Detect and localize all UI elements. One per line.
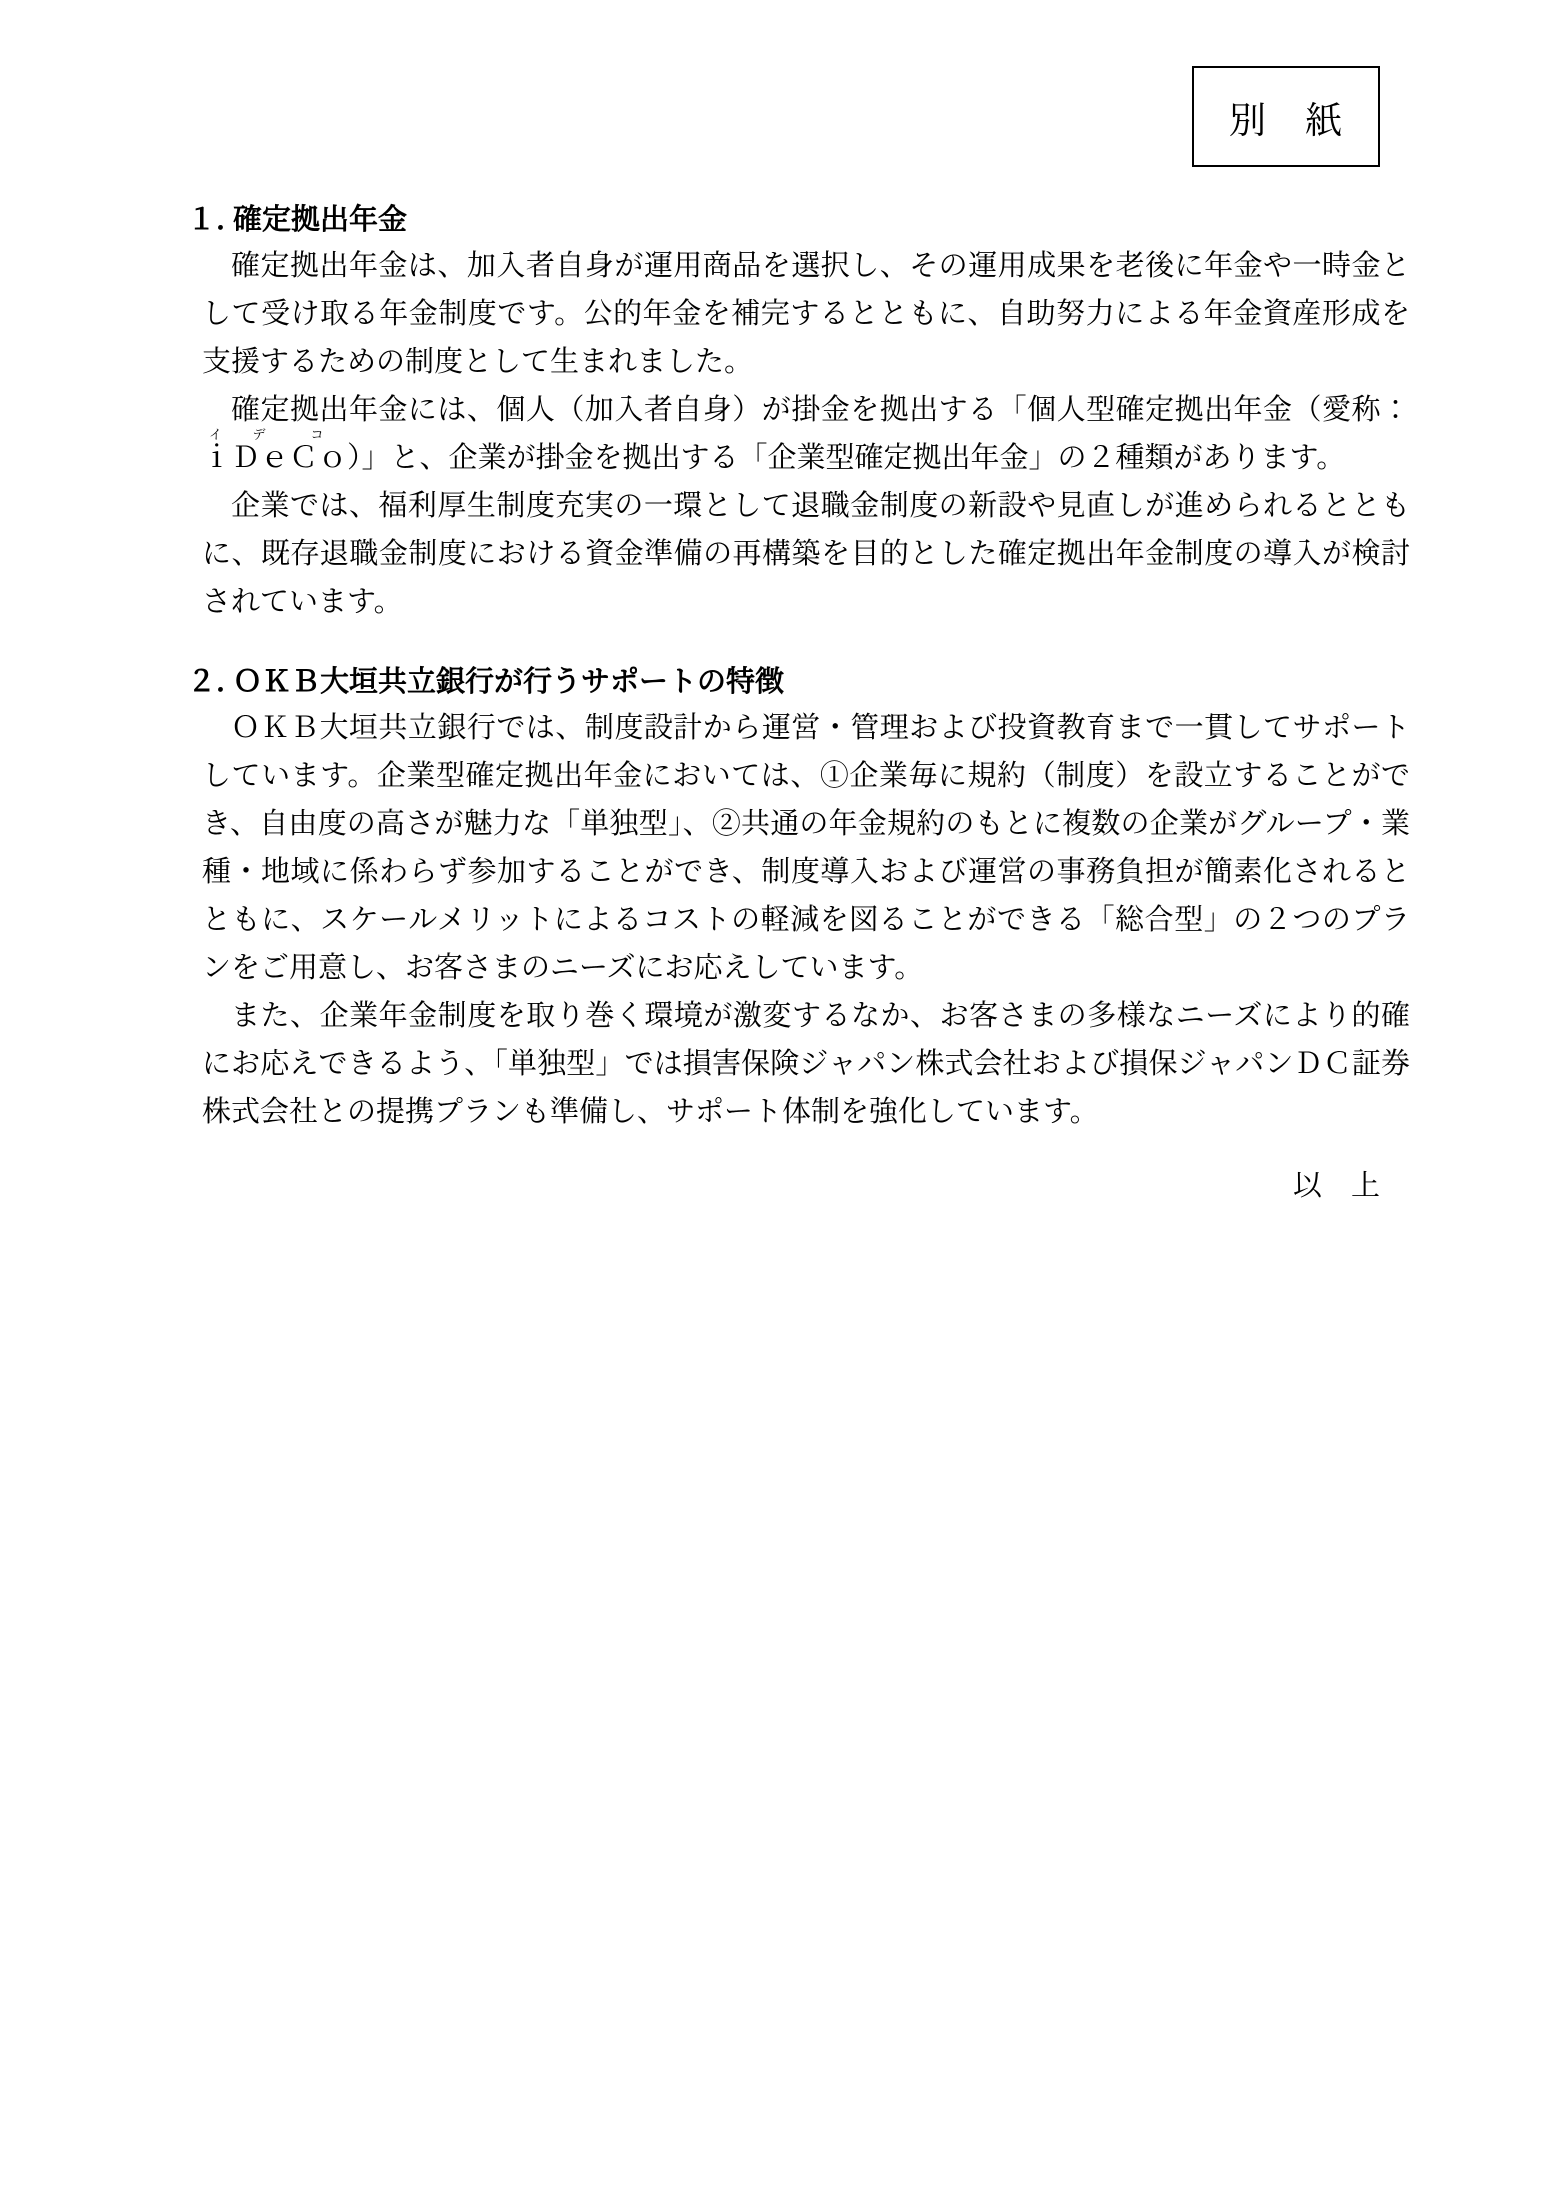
ideco-base-3: Ｃｏ xyxy=(289,442,347,474)
attachment-label-box: 別 紙 xyxy=(1192,66,1380,167)
section-1-paragraph-2: 確定拠出年金には、個人（加入者自身）が掛金を拠出する「個人型確定拠出年金（愛称：… xyxy=(202,386,1410,482)
section-2-paragraph-2: また、企業年金制度を取り巻く環境が激変するなか、お客さまの多様なニーズにより的確… xyxy=(202,992,1410,1136)
paragraph-2-text-before-ruby: 確定拠出年金には、個人（加入者自身）が掛金を拠出する「個人型確定拠出年金（愛称： xyxy=(231,394,1410,426)
ideco-furigana-3: コ xyxy=(311,428,326,441)
section-2-heading: ２．ＯＫＢ大垣共立銀行が行うサポートの特徴 xyxy=(187,660,1410,704)
attachment-label: 別 紙 xyxy=(1229,90,1343,144)
ideco-furigana-1: イ xyxy=(209,428,224,441)
ideco-base-1: ｉ xyxy=(202,442,231,474)
section-2-paragraph-1: ＯＫＢ大垣共立銀行では、制度設計から運営・管理および投資教育まで一貫してサポート… xyxy=(202,704,1410,992)
document-page: 別 紙 １．確定拠出年金 確定拠出年金は、加入者自身が運用商品を選択し、その運用… xyxy=(0,0,1564,2204)
document-body: １．確定拠出年金 確定拠出年金は、加入者自身が運用商品を選択し、その運用成果を老… xyxy=(187,198,1410,1210)
ideco-ruby-group-3: コＣｏ xyxy=(289,434,347,482)
ideco-ruby-group-2: デＤｅ xyxy=(231,434,289,482)
ideco-furigana-2: デ xyxy=(253,428,268,441)
section-1-paragraph-1: 確定拠出年金は、加入者自身が運用商品を選択し、その運用成果を老後に年金や一時金と… xyxy=(202,242,1410,386)
section-2-number: ２． xyxy=(187,660,233,704)
section-1-paragraph-3: 企業では、福利厚生制度充実の一環として退職金制度の新設や見直しが進められるととも… xyxy=(202,482,1410,626)
closing-label: 以 上 xyxy=(202,1162,1380,1210)
ideco-base-2: Ｄｅ xyxy=(231,442,289,474)
section-2-title: ＯＫＢ大垣共立銀行が行うサポートの特徴 xyxy=(233,666,784,698)
section-1-number: １． xyxy=(187,198,233,242)
paragraph-2-text-after-ruby: ）」と、企業が掛金を拠出する「企業型確定拠出年金」の２種類があります。 xyxy=(347,442,1345,474)
section-1-title: 確定拠出年金 xyxy=(233,204,407,236)
ideco-ruby-group-1: イｉ xyxy=(202,434,231,482)
section-1-heading: １．確定拠出年金 xyxy=(187,198,1410,242)
